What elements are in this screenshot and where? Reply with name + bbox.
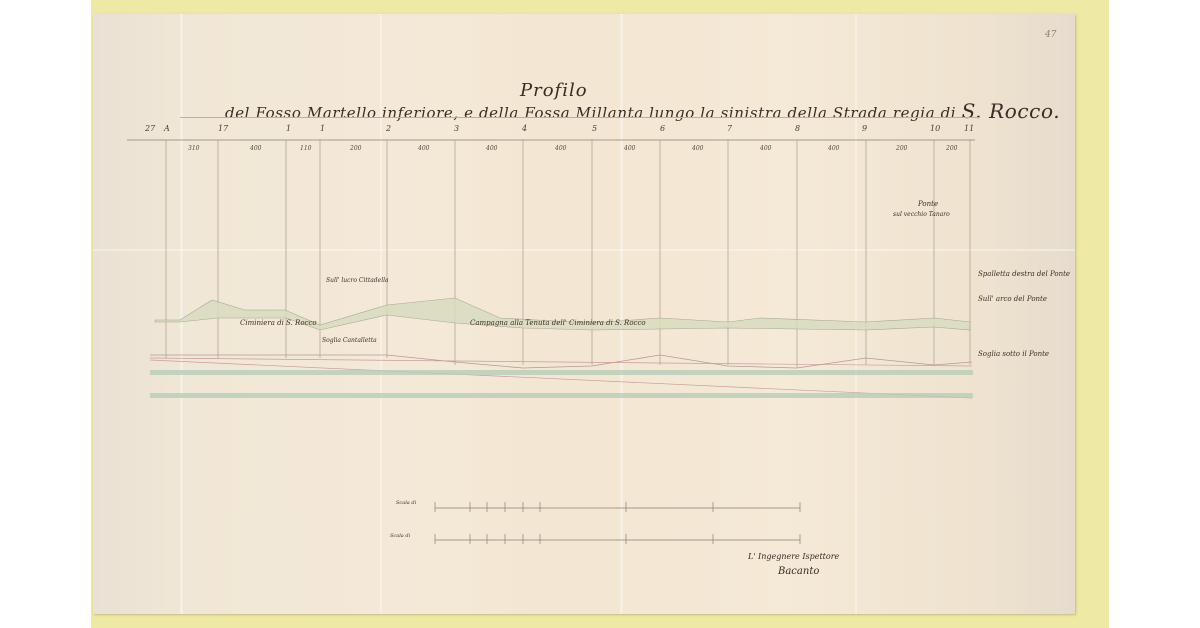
signature-title: L' Ingegnere Ispettore <box>748 552 839 561</box>
bridge-title: Ponte <box>918 200 938 208</box>
right-label: Sull' arco del Ponte <box>978 295 1047 303</box>
profile-label-bottom: Soglia Cantalletta <box>322 337 377 344</box>
profile-label-top: Sull' lucro Cittadella <box>326 277 389 284</box>
profile-label-terrain: Ciminiera di S. Rocco <box>240 319 317 327</box>
profile-drawing <box>0 0 1200 628</box>
signature-name: Bacanto <box>778 566 819 577</box>
scale-label: Scala di <box>396 500 416 506</box>
bridge-subtitle: sul vecchio Tanaro <box>893 211 950 218</box>
scale-label: Scala di <box>390 533 410 539</box>
right-label: Spalletta destra del Ponte <box>978 270 1070 278</box>
profile-label-campagna: Campagna alla Tenuta dell' Ciminiera di … <box>470 319 646 327</box>
right-label: Soglia sotto il Ponte <box>978 350 1049 358</box>
